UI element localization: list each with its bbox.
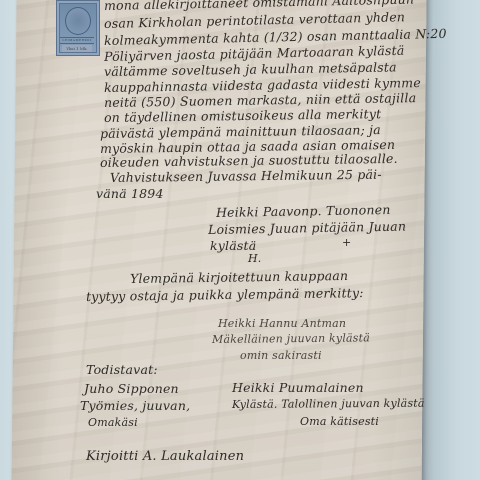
witness-name: Juho Sipponen bbox=[84, 381, 179, 396]
seller-mark: H. bbox=[248, 252, 262, 265]
stamp-emblem-icon bbox=[65, 7, 91, 35]
buyer-note: omin sakirasti bbox=[240, 349, 322, 362]
second-signatory-name: Heikki Puumalainen bbox=[232, 380, 364, 395]
buyer-village: Mäkelläinen juuvan kylästä bbox=[212, 331, 370, 346]
witnesses-heading: Todistavat: bbox=[86, 362, 158, 377]
acknowledgement-line: Ylempänä kirjoitettuun kauppaan bbox=[130, 268, 348, 286]
revenue-stamp: LEIMAMERKKI Yksi 1 Mk. bbox=[56, 0, 100, 56]
second-signatory-village: Kylästä. Talollinen juuvan kylästä bbox=[232, 397, 425, 411]
stamp-value: Yksi 1 Mk. bbox=[62, 45, 92, 52]
scribe-signature: Kirjoitti A. Laukalainen bbox=[86, 449, 244, 464]
stamp-band-text: LEIMAMERKKI bbox=[60, 37, 94, 44]
seller-cross-mark: + bbox=[342, 236, 351, 249]
seller-village: kylästä bbox=[210, 238, 256, 253]
second-signatory-note: Oma kätisesti bbox=[300, 415, 379, 428]
buyer-signature: Heikki Hannu Antman bbox=[218, 317, 346, 330]
date-year: vänä 1894 bbox=[96, 186, 164, 201]
witness-note: Omakäsi bbox=[88, 416, 138, 429]
seller-signature: Heikki Paavonp. Tuononen bbox=[216, 202, 391, 220]
witness-occupation: Työmies, juuvan, bbox=[80, 398, 190, 413]
background-surface bbox=[422, 0, 480, 480]
